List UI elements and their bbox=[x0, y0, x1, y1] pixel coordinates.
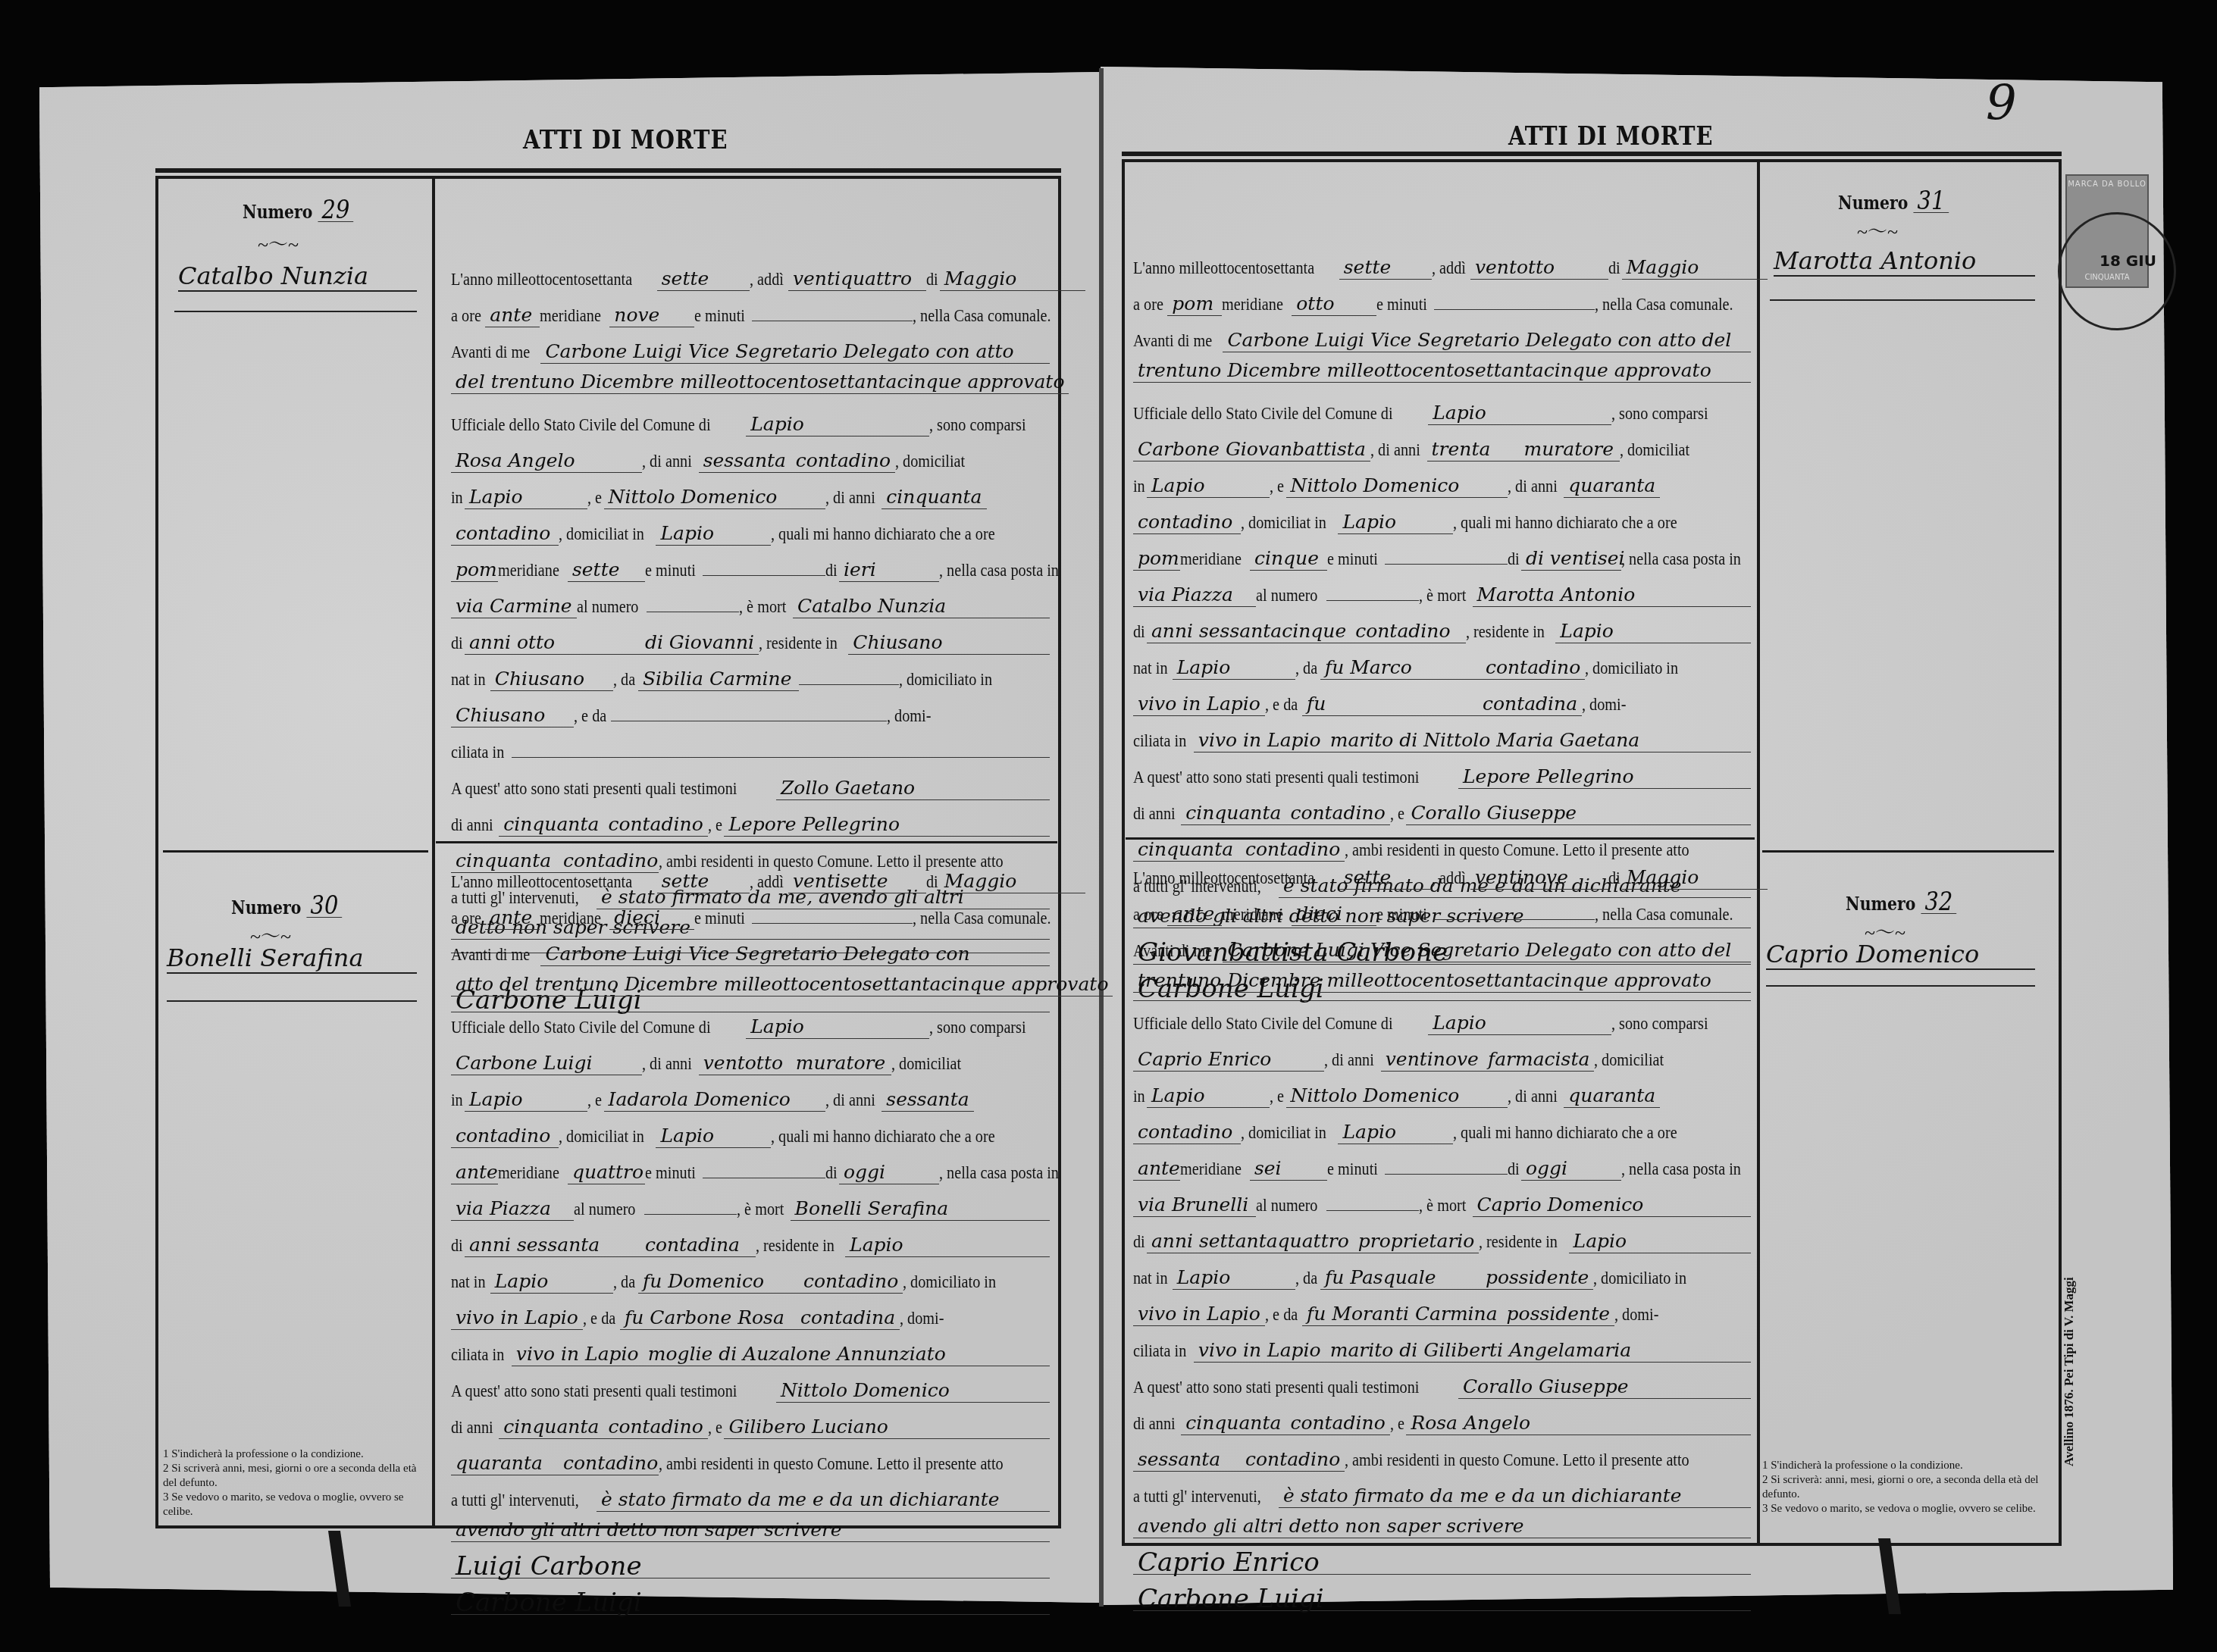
printed-label: , domiciliato in bbox=[899, 662, 992, 698]
printed-label: , sono comparsi bbox=[929, 407, 1026, 443]
record-number-31: Numero 31 bbox=[1838, 189, 1949, 214]
handwritten-entry-firma-extra: Caprio Enrico bbox=[1133, 1551, 1751, 1575]
printed-label: L'anno milleottocentosettanta bbox=[1133, 860, 1314, 896]
handwritten-entry-prof-t1: contadino bbox=[1285, 802, 1389, 825]
record-number-32: Numero 32 bbox=[1846, 890, 1956, 915]
handwritten-entry-condizione-defunto: di Giovanni bbox=[640, 631, 759, 655]
handwritten-entry-ore-prefix: pom bbox=[1167, 293, 1222, 316]
record-line: avendo gli altri detto non saper scriver… bbox=[1133, 1515, 1751, 1551]
record-line: antemeridianequattroe minutidioggi, nell… bbox=[451, 1155, 1050, 1191]
printed-label: A quest' atto sono stati presenti quali … bbox=[451, 1373, 737, 1410]
handwritten-entry-eta-t1: cinquanta bbox=[1181, 1412, 1285, 1435]
right-margin-separator bbox=[1762, 850, 2054, 853]
handwritten-entry-domicilio-padre: vivo in Lapio bbox=[451, 1306, 583, 1330]
handwritten-entry-minuti bbox=[752, 321, 913, 321]
printed-label: , è mort bbox=[1419, 577, 1466, 614]
handwritten-entry-prof-t1: contadino bbox=[1285, 1412, 1389, 1435]
printed-label: , quali mi hanno dichiarato che a ore bbox=[1453, 1115, 1677, 1151]
printed-label: A quest' atto sono stati presenti quali … bbox=[451, 771, 737, 807]
handwritten-entry-ore-morte-prefix: ante bbox=[451, 1161, 498, 1184]
handwritten-entry-eta-t1: cinquanta bbox=[499, 1416, 603, 1439]
printed-label: ciliata in bbox=[1133, 1333, 1186, 1369]
handwritten-entry-comparente-2: Nittolo Domenico bbox=[1286, 474, 1508, 498]
record-line: dianni settantaquattroproprietario, resi… bbox=[1133, 1224, 1751, 1260]
printed-label: , e bbox=[1390, 1406, 1404, 1442]
handwritten-entry-domicilio-padre: Chiusano bbox=[451, 704, 574, 727]
printed-label: di bbox=[1508, 1151, 1520, 1187]
record-line: a orepommeridianeottoe minuti, nella Cas… bbox=[1133, 286, 1751, 323]
right-frame-top-rule bbox=[1122, 152, 2062, 156]
printed-label: nat in bbox=[451, 1264, 486, 1300]
printed-label: di bbox=[825, 1155, 838, 1191]
record-line: Avanti di meCarbone Luigi Vice Segretari… bbox=[1133, 933, 1751, 969]
handwritten-entry-giorno: ventiquattro bbox=[788, 268, 926, 291]
margin-rule bbox=[167, 1000, 417, 1002]
printed-label: di anni bbox=[451, 1410, 493, 1446]
handwritten-entry-comparente-1: Rosa Angelo bbox=[451, 449, 642, 473]
printed-label: , e bbox=[1270, 1078, 1284, 1115]
handwritten-entry-giorno-morte: di ventisei bbox=[1521, 547, 1621, 571]
printed-label: ciliata in bbox=[451, 734, 504, 771]
margin-name-29: Catalbo Nunzia bbox=[178, 261, 417, 292]
footnote-1: 1 S'indicherà la professione o la condiz… bbox=[163, 1447, 424, 1462]
record-line: L'anno milleottocentosettantasette, addì… bbox=[1133, 250, 1751, 286]
handwritten-entry-eta-2: cinquanta bbox=[881, 486, 986, 509]
handwritten-entry-prof-1: contadino bbox=[791, 449, 895, 473]
record-line: Carbone Giovanbattista, di annitrentamur… bbox=[1133, 432, 1751, 468]
handwritten-entry-prof-2: contadino bbox=[451, 522, 559, 546]
printed-label: , nella casa posta in bbox=[1621, 541, 1741, 577]
printed-label: , è mort bbox=[739, 589, 786, 625]
handwritten-entry-ore-prefix: ante bbox=[485, 304, 540, 327]
record-line: pommeridianesettee minutidiieri, nella c… bbox=[451, 552, 1050, 589]
printed-label: di bbox=[1133, 1224, 1145, 1260]
handwritten-entry-mese: Maggio bbox=[940, 268, 1085, 291]
handwritten-entry-eta-2: quaranta bbox=[1564, 1084, 1660, 1108]
printed-label: , nella casa posta in bbox=[939, 552, 1059, 589]
record-line: Avanti di meCarbone Luigi Vice Segretari… bbox=[1133, 323, 1751, 359]
handwritten-entry-nato-in: Chiusano bbox=[490, 668, 613, 691]
handwritten-entry-padre: fu Pasquale bbox=[1320, 1266, 1481, 1290]
printed-label: in bbox=[1133, 468, 1145, 505]
handwritten-entry-domicilio-2: Lapio bbox=[656, 522, 771, 546]
printed-label: e minuti bbox=[1327, 541, 1378, 577]
printed-label: meridiane bbox=[1180, 1151, 1242, 1187]
handwritten-entry-ore-morte: cinque bbox=[1250, 547, 1327, 571]
printed-label: , domiciliat in bbox=[1241, 505, 1326, 541]
printed-label: a ore bbox=[1133, 286, 1163, 323]
printed-label: , e da bbox=[1265, 687, 1298, 723]
record-line: Avanti di meCarbone Luigi Vice Segretari… bbox=[451, 937, 1050, 973]
handwritten-entry-eta-1: ventotto bbox=[699, 1052, 791, 1075]
handwritten-entry-stato-civile bbox=[642, 757, 1050, 758]
record-line: Avanti di meCarbone Luigi Vice Segretari… bbox=[451, 334, 1050, 371]
record-line: vivo in Lapio, e dafu Carbone Rosacontad… bbox=[451, 1300, 1050, 1337]
handwritten-entry-prof-t1: contadino bbox=[603, 1416, 707, 1439]
handwritten-entry-ore: otto bbox=[1292, 293, 1376, 316]
record-line: inLapio, eIadarola Domenico, di annisess… bbox=[451, 1082, 1050, 1119]
printed-label: , nella Casa comunale. bbox=[1595, 286, 1733, 323]
record-line: atto del trentuno Dicembre milleottocent… bbox=[451, 973, 1050, 1009]
handwritten-entry-casa: via Piazza bbox=[451, 1197, 574, 1221]
printed-label: , di anni bbox=[1324, 1042, 1374, 1078]
handwritten-entry-eta-t2: cinquanta bbox=[1133, 838, 1241, 862]
handwritten-entry-eta-t2: quaranta bbox=[451, 1452, 559, 1475]
printed-label: di anni bbox=[451, 807, 493, 843]
handwritten-entry-eta-1: ventinove bbox=[1381, 1048, 1483, 1072]
handwritten-entry-minuti-morte bbox=[1385, 564, 1508, 565]
footnote-3: 3 Se vedovo o marito, se vedova o moglie… bbox=[1762, 1502, 2054, 1516]
handwritten-entry-defunto: Caprio Domenico bbox=[1473, 1194, 1751, 1217]
record-line: antemeridianeseie minutidioggi, nella ca… bbox=[1133, 1151, 1751, 1187]
printer-imprint: Avellino 1876. Pei Tipi di V. Maggi bbox=[2062, 1277, 2077, 1466]
printed-label: , quali mi hanno dichiarato che a ore bbox=[771, 1119, 995, 1155]
margin-name-31: Marotta Antonio bbox=[1774, 246, 2035, 277]
printed-label: , domiciliato in bbox=[1585, 650, 1678, 687]
handwritten-entry-testimone-1: Lepore Pellegrino bbox=[1458, 765, 1751, 789]
printed-label: , e bbox=[1270, 468, 1284, 505]
record-line: dianni sessantacinquecontadino, resident… bbox=[1133, 614, 1751, 650]
printed-label: , nella Casa comunale. bbox=[913, 900, 1051, 937]
printed-label: , di anni bbox=[1370, 432, 1420, 468]
printed-label: , e da bbox=[1265, 1297, 1298, 1333]
printed-label: , domiciliat bbox=[891, 1046, 961, 1082]
printed-label: e minuti bbox=[645, 552, 696, 589]
record-line: contadino, domiciliat inLapio, quali mi … bbox=[451, 1119, 1050, 1155]
printed-label: , quali mi hanno dichiarato che a ore bbox=[771, 516, 995, 552]
printed-label: di bbox=[451, 625, 463, 662]
handwritten-entry-giorno-morte: ieri bbox=[839, 558, 939, 582]
handwritten-entry-minuti bbox=[1434, 919, 1595, 920]
handwritten-entry-padre: Sibilia Carmine bbox=[638, 668, 799, 691]
margin-name-30: Bonelli Serafina bbox=[167, 943, 417, 974]
printed-label: , nella Casa comunale. bbox=[913, 298, 1051, 334]
handwritten-entry-eta-defunto: anni otto bbox=[465, 631, 640, 655]
handwritten-entry-minuti-morte bbox=[1385, 1174, 1508, 1175]
handwritten-entry-casa: via Piazza bbox=[1133, 584, 1256, 607]
record-line: vivo in Lapio, e dafucontadina, domi- bbox=[1133, 687, 1751, 723]
printed-label: , nella casa posta in bbox=[1621, 1151, 1741, 1187]
footnote-2: 2 Si scriverà: anni, mesi, giorni o ore,… bbox=[1762, 1473, 2054, 1502]
handwritten-entry-anno: sette bbox=[1339, 866, 1432, 890]
handwritten-entry-ufficiale-cont: atto del trentuno Dicembre milleottocent… bbox=[451, 973, 1113, 997]
handwritten-entry-domicilio-1: Lapio bbox=[1147, 474, 1270, 498]
handwritten-entry-giorno-morte: oggi bbox=[839, 1161, 939, 1184]
swash-ornament: ~〜~ bbox=[258, 229, 299, 257]
printed-label: , di anni bbox=[825, 480, 875, 516]
record-line: contadino, domiciliat inLapio, quali mi … bbox=[1133, 1115, 1751, 1151]
printed-label: , addì bbox=[1432, 250, 1466, 286]
record-line: nat inChiusano, daSibilia Carmine, domic… bbox=[451, 662, 1050, 698]
record-line: trentuno Dicembre milleottocentosettanta… bbox=[1133, 359, 1751, 396]
printed-label: A quest' atto sono stati presenti quali … bbox=[1133, 1369, 1419, 1406]
printed-label: , è mort bbox=[737, 1191, 784, 1228]
record-line: di annicinquantacontadino, eLepore Pelle… bbox=[451, 807, 1050, 843]
handwritten-entry-casa: via Brunelli bbox=[1133, 1194, 1256, 1217]
handwritten-entry-stato-civile: moglie di Auzalone Annunziato bbox=[643, 1343, 1050, 1366]
record-line: Ufficiale dello Stato Civile del Comune … bbox=[451, 1009, 1050, 1046]
record-line: nat inLapio, dafu Domenicocontadino, dom… bbox=[451, 1264, 1050, 1300]
handwritten-entry-comparente-2: Iadarola Domenico bbox=[604, 1088, 825, 1112]
record-line: Chiusano, e da, domi- bbox=[451, 698, 1050, 734]
handwritten-entry-eta-2: sessanta bbox=[881, 1088, 973, 1112]
record-line: di annicinquantacontadino, eCorallo Gius… bbox=[1133, 796, 1751, 832]
printed-label: , addì bbox=[750, 261, 784, 298]
handwritten-entry-numero-casa bbox=[644, 1214, 737, 1215]
handwritten-entry-ore-morte-prefix: pom bbox=[451, 558, 498, 582]
printed-label: , domiciliat bbox=[1594, 1042, 1664, 1078]
printed-label: , quali mi hanno dichiarato che a ore bbox=[1453, 505, 1677, 541]
handwritten-entry-ore: nove bbox=[609, 304, 694, 327]
record-line: avendo gli altri detto non saper scriver… bbox=[451, 1519, 1050, 1555]
record-line: ciliata invivo in Lapiomarito di Giliber… bbox=[1133, 1333, 1751, 1369]
handwritten-entry-chiusura-2: avendo gli altri detto non saper scriver… bbox=[1133, 1515, 1751, 1538]
handwritten-entry-ufficiale: Carbone Luigi Vice Segretario Delegato c… bbox=[540, 340, 1050, 364]
record-line: vivo in Lapio, e dafu Moranti Carminapos… bbox=[1133, 1297, 1751, 1333]
handwritten-entry-minuti-morte bbox=[703, 575, 825, 576]
printed-label: , residente in bbox=[756, 1228, 835, 1264]
handwritten-entry-firma-ufficiale: Carbone Luigi bbox=[451, 1591, 1050, 1615]
printed-label: , ambi residenti in questo Comune. Letto… bbox=[1345, 1442, 1689, 1478]
handwritten-entry-condizione-defunto: proprietario bbox=[1354, 1230, 1480, 1253]
left-column-divider bbox=[432, 176, 435, 1528]
record-line: via Piazzaal numero, è mortBonelli Seraf… bbox=[451, 1191, 1050, 1228]
record-number-29: Numero 29 bbox=[243, 199, 353, 223]
printed-label: di bbox=[926, 261, 938, 298]
footnote-1: 1 S'indicherà la professione o la condiz… bbox=[1762, 1459, 2054, 1473]
handwritten-entry-prof-t1: contadino bbox=[603, 813, 707, 837]
handwritten-entry-testimone-1: Zollo Gaetano bbox=[776, 777, 1050, 800]
handwritten-entry-residente: Lapio bbox=[845, 1234, 1050, 1257]
record-line: contadino, domiciliat inLapio, quali mi … bbox=[451, 516, 1050, 552]
record-line: ciliata in bbox=[451, 734, 1050, 771]
handwritten-entry-eta-1: sessanta bbox=[699, 449, 791, 473]
record-line: via Brunellial numero, è mortCaprio Dome… bbox=[1133, 1187, 1751, 1224]
printed-label: , residente in bbox=[1479, 1224, 1558, 1260]
handwritten-entry-comparente-1: Caprio Enrico bbox=[1133, 1048, 1324, 1072]
printed-label: e minuti bbox=[645, 1155, 696, 1191]
handwritten-entry-ufficiale-cont: trentuno Dicembre milleottocentosettanta… bbox=[1133, 359, 1751, 383]
stamp-top-label: MARCA DA BOLLO bbox=[2067, 180, 2147, 189]
handwritten-entry-eta-1: trenta bbox=[1427, 438, 1520, 461]
handwritten-entry-giorno: ventotto bbox=[1470, 256, 1608, 280]
handwritten-entry-casa: via Carmine bbox=[451, 595, 577, 618]
handwritten-entry-comune: Lapio bbox=[746, 1015, 929, 1039]
record-line: L'anno milleottocentosettantasette, addì… bbox=[451, 261, 1050, 298]
handwritten-entry-anno: sette bbox=[1339, 256, 1432, 280]
record-line: nat inLapio, dafu Pasqualepossidente, do… bbox=[1133, 1260, 1751, 1297]
printed-label: , da bbox=[613, 1264, 635, 1300]
printed-label: ciliata in bbox=[1133, 723, 1186, 759]
record-line: Caprio Enrico, di anniventinovefarmacist… bbox=[1133, 1042, 1751, 1078]
handwritten-entry-testimone-1: Corallo Giuseppe bbox=[1458, 1375, 1751, 1399]
printed-label: Avanti di me bbox=[1133, 933, 1212, 969]
handwritten-entry-prof-t2: contadino bbox=[1241, 1448, 1345, 1472]
printed-label: di anni bbox=[1133, 796, 1176, 832]
printed-label: meridiane bbox=[540, 900, 601, 937]
handwritten-entry-firma-extra: Luigi Carbone bbox=[451, 1555, 1050, 1578]
handwritten-entry-nato-in: Lapio bbox=[1173, 1266, 1295, 1290]
handwritten-entry-testimone-2: Lepore Pellegrino bbox=[724, 813, 1050, 837]
handwritten-entry-residente: Lapio bbox=[1555, 620, 1751, 643]
record-line: inLapio, eNittolo Domenico, di anniquara… bbox=[1133, 1078, 1751, 1115]
handwritten-entry-giorno: ventisette bbox=[788, 870, 926, 893]
printed-label: A quest' atto sono stati presenti quali … bbox=[1133, 759, 1419, 796]
record-line: dianni ottodi Giovanni, residente inChiu… bbox=[451, 625, 1050, 662]
handwritten-entry-eta-t2: sessanta bbox=[1133, 1448, 1241, 1472]
printed-label: , di anni bbox=[1508, 1078, 1558, 1115]
printed-label: a tutti gl' intervenuti, bbox=[451, 1482, 579, 1519]
record-line: Carbone Luigi, di anniventottomuratore, … bbox=[451, 1046, 1050, 1082]
handwritten-entry-residente: Lapio bbox=[1569, 1230, 1751, 1253]
printed-label: , di anni bbox=[642, 443, 692, 480]
handwritten-entry-testimone-2: Rosa Angelo bbox=[1406, 1412, 1751, 1435]
printed-label: al numero bbox=[574, 1191, 635, 1228]
handwritten-entry-testimone-1: Nittolo Domenico bbox=[776, 1379, 1050, 1403]
handwritten-entry-mese: Maggio bbox=[940, 870, 1085, 893]
printed-label: , e da bbox=[574, 698, 606, 734]
printed-label: di bbox=[926, 864, 938, 900]
handwritten-entry-prof-padre: contadino bbox=[799, 1270, 903, 1294]
printed-label: , domi- bbox=[1614, 1297, 1658, 1333]
record-line: quarantacontadino, ambi residenti in que… bbox=[451, 1446, 1050, 1482]
handwritten-entry-ore-morte: sei bbox=[1250, 1157, 1327, 1181]
handwritten-entry-domicilio-2: Lapio bbox=[656, 1125, 771, 1148]
printed-label: a ore bbox=[1133, 896, 1163, 933]
left-page-heading: ATTI DI MORTE bbox=[523, 125, 728, 155]
printed-label: Ufficiale dello Stato Civile del Comune … bbox=[451, 1009, 711, 1046]
printed-label: in bbox=[1133, 1078, 1145, 1115]
printed-label: , domiciliat bbox=[895, 443, 965, 480]
printed-label: , di anni bbox=[825, 1082, 875, 1119]
printed-label: , e bbox=[587, 1082, 602, 1119]
printed-label: meridiane bbox=[1222, 896, 1283, 933]
printed-label: meridiane bbox=[498, 552, 559, 589]
handwritten-entry-prof-2: contadino bbox=[1133, 511, 1241, 534]
printed-label: , e bbox=[708, 807, 722, 843]
handwritten-entry-padre: fu Marco bbox=[1320, 656, 1481, 680]
handwritten-entry-ore-prefix: ante bbox=[485, 906, 540, 930]
record-line: pommeridianecinquee minutididi ventisei,… bbox=[1133, 541, 1751, 577]
handwritten-entry-minuti bbox=[752, 923, 913, 924]
handwritten-entry-prof-padre: contadino bbox=[1481, 656, 1585, 680]
printed-label: , da bbox=[1295, 650, 1317, 687]
handwritten-entry-ufficiale-cont: del trentuno Dicembre milleottocentosett… bbox=[451, 371, 1069, 394]
printed-label: meridiane bbox=[1180, 541, 1242, 577]
handwritten-entry-firma-ufficiale: Carbone Luigi bbox=[1133, 1588, 1751, 1611]
record-line: L'anno milleottocentosettantasette, addì… bbox=[451, 864, 1050, 900]
left-frame-top-rule bbox=[155, 168, 1061, 173]
handwritten-entry-ore-morte: quattro bbox=[568, 1161, 645, 1184]
record-line: ciliata invivo in Lapiomoglie di Auzalon… bbox=[451, 1337, 1050, 1373]
handwritten-entry-stato-civile: marito di Nittolo Maria Gaetana bbox=[1326, 729, 1751, 752]
swash-ornament: ~〜~ bbox=[1857, 216, 1898, 244]
printed-label: , e bbox=[587, 480, 602, 516]
record-line: A quest' atto sono stati presenti quali … bbox=[1133, 1369, 1751, 1406]
printed-label: , nella casa posta in bbox=[939, 1155, 1059, 1191]
handwritten-entry-chiusura-1: è stato firmato da me e da un dichiarant… bbox=[597, 1488, 1050, 1512]
printed-label: , sono comparsi bbox=[1611, 1006, 1708, 1042]
record-line: a oreantemeridianediecie minuti, nella C… bbox=[451, 900, 1050, 937]
printed-label: e minuti bbox=[1376, 286, 1427, 323]
right-column-divider bbox=[1757, 159, 1760, 1546]
printed-label: L'anno milleottocentosettanta bbox=[451, 864, 632, 900]
printed-label: , domiciliato in bbox=[903, 1264, 996, 1300]
record-line: Carbone Luigi bbox=[451, 1591, 1050, 1628]
record-line: via Piazzaal numero, è mortMarotta Anton… bbox=[1133, 577, 1751, 614]
printed-label: nat in bbox=[1133, 650, 1168, 687]
record-line: A quest' atto sono stati presenti quali … bbox=[451, 1373, 1050, 1410]
handwritten-entry-ufficiale-cont: trentuno Dicembre milleottocentosettanta… bbox=[1133, 969, 1751, 993]
printed-label: , addì bbox=[750, 864, 784, 900]
handwritten-entry-ore-morte-prefix: ante bbox=[1133, 1157, 1180, 1181]
printed-label: L'anno milleottocentosettanta bbox=[1133, 250, 1314, 286]
handwritten-entry-defunto: Marotta Antonio bbox=[1473, 584, 1751, 607]
handwritten-entry-testimone-2: Gilibero Luciano bbox=[724, 1416, 1050, 1439]
handwritten-entry-ore-morte-prefix: pom bbox=[1133, 547, 1180, 571]
death-record-30: L'anno milleottocentosettantasette, addì… bbox=[451, 864, 1050, 1628]
record-line: a oreantemeridianediecie minuti, nella C… bbox=[1133, 896, 1751, 933]
handwritten-entry-anno: sette bbox=[657, 268, 750, 291]
printed-label: , nella Casa comunale. bbox=[1595, 896, 1733, 933]
record-line: Ufficiale dello Stato Civile del Comune … bbox=[1133, 1006, 1751, 1042]
handwritten-entry-domicilio-padre: vivo in Lapio bbox=[1133, 693, 1265, 716]
handwritten-entry-eta-t1: cinquanta bbox=[1181, 802, 1285, 825]
handwritten-entry-domicilio-madre bbox=[512, 757, 642, 758]
handwritten-entry-comparente-2: Nittolo Domenico bbox=[1286, 1084, 1508, 1108]
printed-label: a ore bbox=[451, 900, 481, 937]
handwritten-entry-padre: fu Domenico bbox=[638, 1270, 799, 1294]
handwritten-entry-prof-1: muratore bbox=[791, 1052, 891, 1075]
printed-label: al numero bbox=[577, 589, 638, 625]
record-line: a tutti gl' intervenuti,è stato firmato … bbox=[451, 1482, 1050, 1519]
printed-label: Avanti di me bbox=[1133, 323, 1212, 359]
handwritten-entry-minuti-morte bbox=[703, 1178, 825, 1178]
record-line: A quest' atto sono stati presenti quali … bbox=[1133, 759, 1751, 796]
handwritten-entry-prof-madre: contadina bbox=[796, 1306, 900, 1330]
handwritten-entry-eta-2: quaranta bbox=[1564, 474, 1660, 498]
printed-label: nat in bbox=[451, 662, 486, 698]
handwritten-entry-chiusura-1: è stato firmato da me e da un dichiarant… bbox=[1279, 1485, 1751, 1508]
handwritten-entry-madre bbox=[611, 721, 787, 721]
printed-label: Ufficiale dello Stato Civile del Comune … bbox=[451, 407, 711, 443]
record-line: ciliata invivo in Lapiomarito di Nittolo… bbox=[1133, 723, 1751, 759]
printed-label: , domiciliat in bbox=[559, 516, 644, 552]
printed-label: , domi- bbox=[1582, 687, 1626, 723]
handwritten-entry-prof-padre: possidente bbox=[1481, 1266, 1593, 1290]
printed-label: , da bbox=[1295, 1260, 1317, 1297]
record-number-30: Numero 30 bbox=[231, 894, 342, 918]
printed-label: , domiciliato in bbox=[1593, 1260, 1686, 1297]
margin-name-32: Caprio Domenico bbox=[1766, 940, 2035, 970]
postmark-date: 18 GIU bbox=[2100, 252, 2156, 269]
handwritten-entry-ufficiale: Carbone Luigi Vice Segretario Delegato c… bbox=[1223, 939, 1751, 962]
printed-label: di bbox=[1508, 541, 1520, 577]
handwritten-entry-prof-t2: contadino bbox=[1241, 838, 1345, 862]
handwritten-entry-domicilio-1: Lapio bbox=[465, 486, 587, 509]
record-line: di annicinquantacontadino, eRosa Angelo bbox=[1133, 1406, 1751, 1442]
printed-label: a tutti gl' intervenuti, bbox=[1133, 1478, 1261, 1515]
handwritten-entry-domicilio-padre: vivo in Lapio bbox=[1133, 1303, 1265, 1326]
printed-label: , domi- bbox=[900, 1300, 944, 1337]
record-line: inLapio, eNittolo Domenico, di annicinqu… bbox=[451, 480, 1050, 516]
handwritten-entry-domicilio-madre: vivo in Lapio bbox=[512, 1343, 643, 1366]
record-line: contadino, domiciliat inLapio, quali mi … bbox=[1133, 505, 1751, 541]
handwritten-entry-mese: Maggio bbox=[1622, 256, 1768, 280]
handwritten-entry-prof-1: farmacista bbox=[1483, 1048, 1595, 1072]
printed-label: , e bbox=[1390, 796, 1404, 832]
printed-label: , è mort bbox=[1419, 1187, 1466, 1224]
